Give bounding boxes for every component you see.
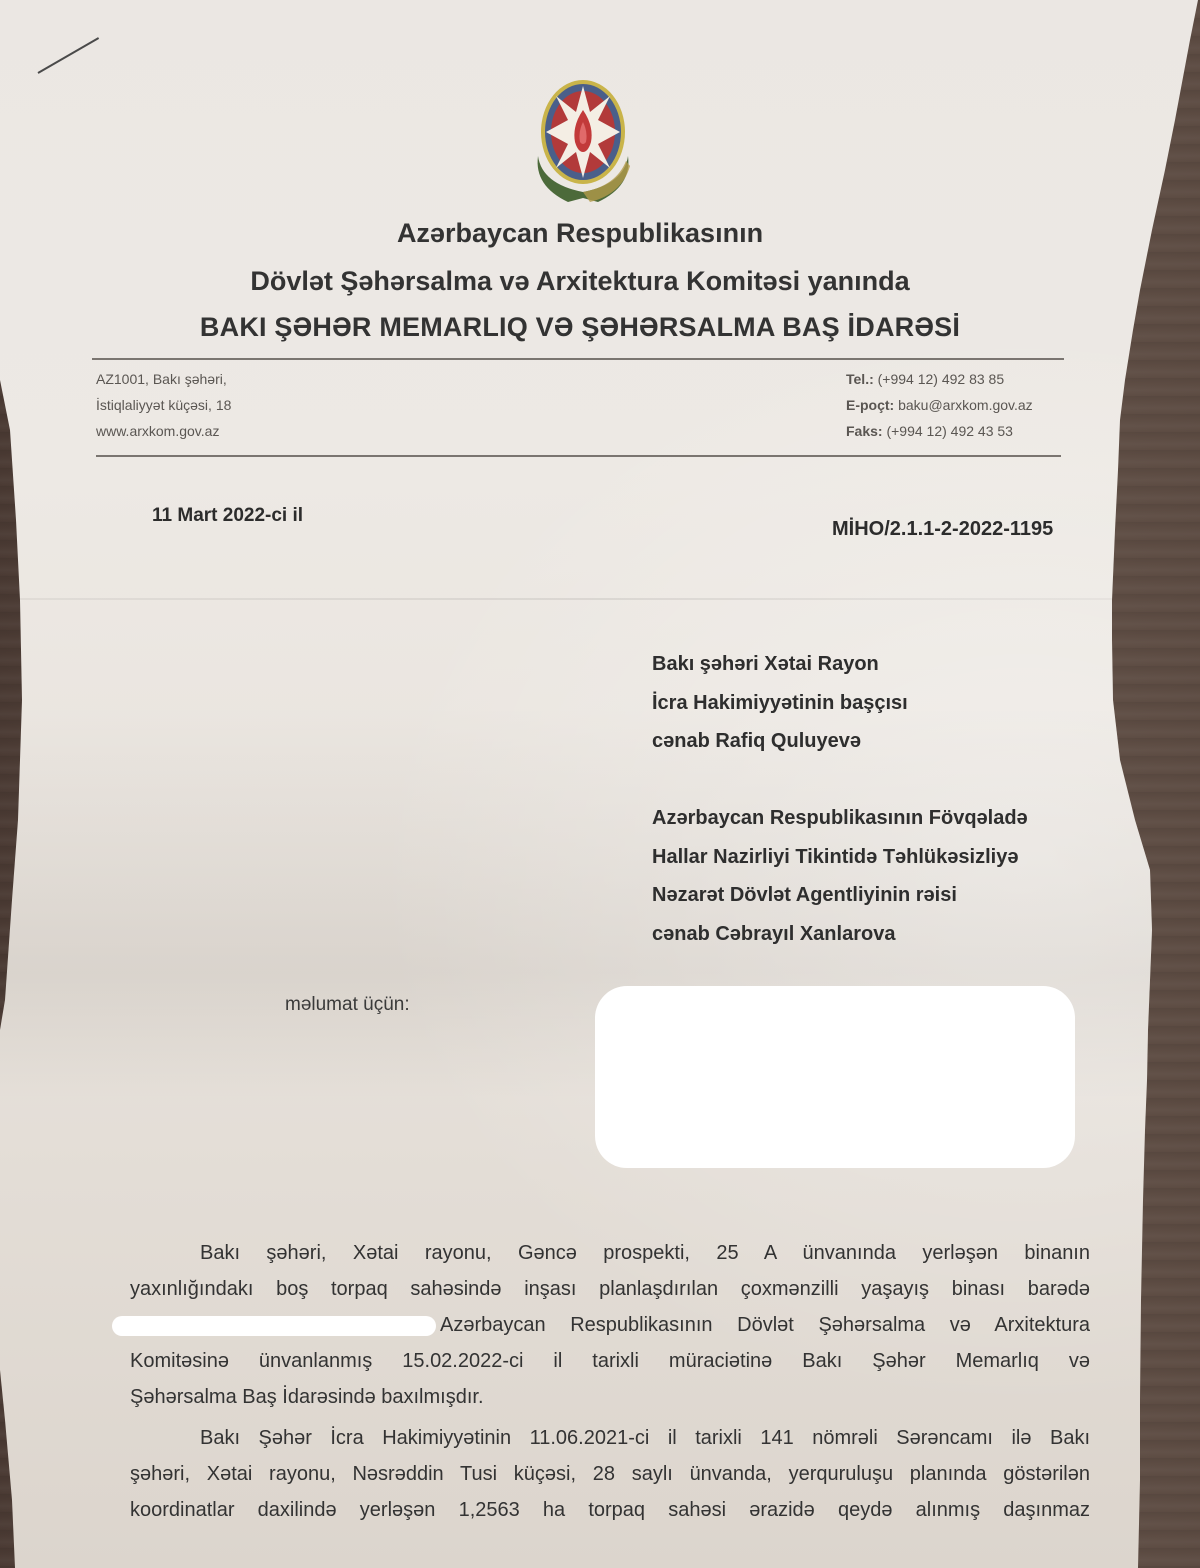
paper-fold (0, 598, 1200, 600)
letter-page: Azərbaycan Respublikasının Dövlət Şəhərs… (0, 0, 1200, 1568)
recipient-2-line: Nəzarət Dövlət Agentliyinin rəisi (652, 876, 1028, 915)
coat-of-arms-icon (528, 66, 638, 206)
header-line-2: Dövlət Şəhərsalma və Arxitektura Komitəs… (0, 266, 1160, 297)
recipient-1-line: cənab Rafiq Quluyevə (652, 722, 908, 761)
fax-row: Faks: (+994 12) 492 43 53 (846, 418, 1033, 444)
fax-label: Faks: (846, 423, 883, 439)
body-line: şəhəri, Xətai rayonu, Nəsrəddin Tusi küç… (130, 1456, 1090, 1492)
recipient-1-line: Bakı şəhəri Xətai Rayon (652, 645, 908, 684)
tel-label: Tel.: (846, 371, 874, 387)
letter-date: 11 Mart 2022-ci il (152, 505, 303, 527)
header-line-1: Azərbaycan Respublikasının (0, 218, 1160, 249)
address-block: AZ1001, Bakı şəhəri, İstiqlaliyyət küçəs… (96, 366, 231, 444)
tel-row: Tel.: (+994 12) 492 83 85 (846, 366, 1033, 392)
email-row: E-poçt: baku@arxkom.gov.az (846, 392, 1033, 418)
body-paragraph-2: Bakı Şəhər İcra Hakimiyyətinin 11.06.202… (130, 1420, 1090, 1528)
address-line-2: İstiqlaliyyət küçəsi, 18 (96, 392, 231, 418)
reference-number: MİHO/2.1.1-2-2022-1195 (832, 518, 1053, 541)
body-line: Şəhərsalma Baş İdarəsində baxılmışdır. (130, 1379, 1090, 1415)
fax-value: (+994 12) 492 43 53 (886, 423, 1013, 439)
header-line-3: BAKI ŞƏHƏR MEMARLIQ VƏ ŞƏHƏRSALMA BAŞ İD… (0, 312, 1160, 343)
body-line: Bakı şəhəri, Xətai rayonu, Gəncə prospek… (130, 1235, 1090, 1271)
header-rule-bottom (96, 455, 1061, 457)
recipient-2-line: Hallar Nazirliyi Tikintidə Təhlükəsizliy… (652, 838, 1028, 877)
pen-mark (38, 37, 100, 74)
redacted-recipient-block (595, 986, 1075, 1168)
recipient-1-line: İcra Hakimiyyətinin başçısı (652, 684, 908, 723)
recipient-1: Bakı şəhəri Xətai Rayon İcra Hakimiyyəti… (652, 645, 908, 761)
recipient-2: Azərbaycan Respublikasının Fövqəladə Hal… (652, 799, 1028, 953)
email-value: baku@arxkom.gov.az (898, 397, 1033, 413)
recipient-2-line: Azərbaycan Respublikasının Fövqəladə (652, 799, 1028, 838)
body-line: koordinatlar daxilində yerləşən 1,2563 h… (130, 1492, 1090, 1528)
recipient-2-line: cənab Cəbrayıl Xanlarova (652, 915, 1028, 954)
website-link: www.arxkom.gov.az (96, 418, 231, 444)
body-line: yaxınlığındakı boş torpaq sahəsində inşa… (130, 1271, 1090, 1307)
body-line: Komitəsinə ünvanlanmış 15.02.2022-ci il … (130, 1343, 1090, 1379)
for-information-label: məlumat üçün: (285, 994, 410, 1016)
body-line: Bakı Şəhər İcra Hakimiyyətinin 11.06.202… (130, 1420, 1090, 1456)
redacted-name-inline (112, 1316, 436, 1336)
contact-block: Tel.: (+994 12) 492 83 85 E-poçt: baku@a… (846, 366, 1033, 444)
address-line-1: AZ1001, Bakı şəhəri, (96, 366, 231, 392)
email-label: E-poçt: (846, 397, 894, 413)
header-rule-top (92, 358, 1064, 360)
tel-value: (+994 12) 492 83 85 (878, 371, 1005, 387)
